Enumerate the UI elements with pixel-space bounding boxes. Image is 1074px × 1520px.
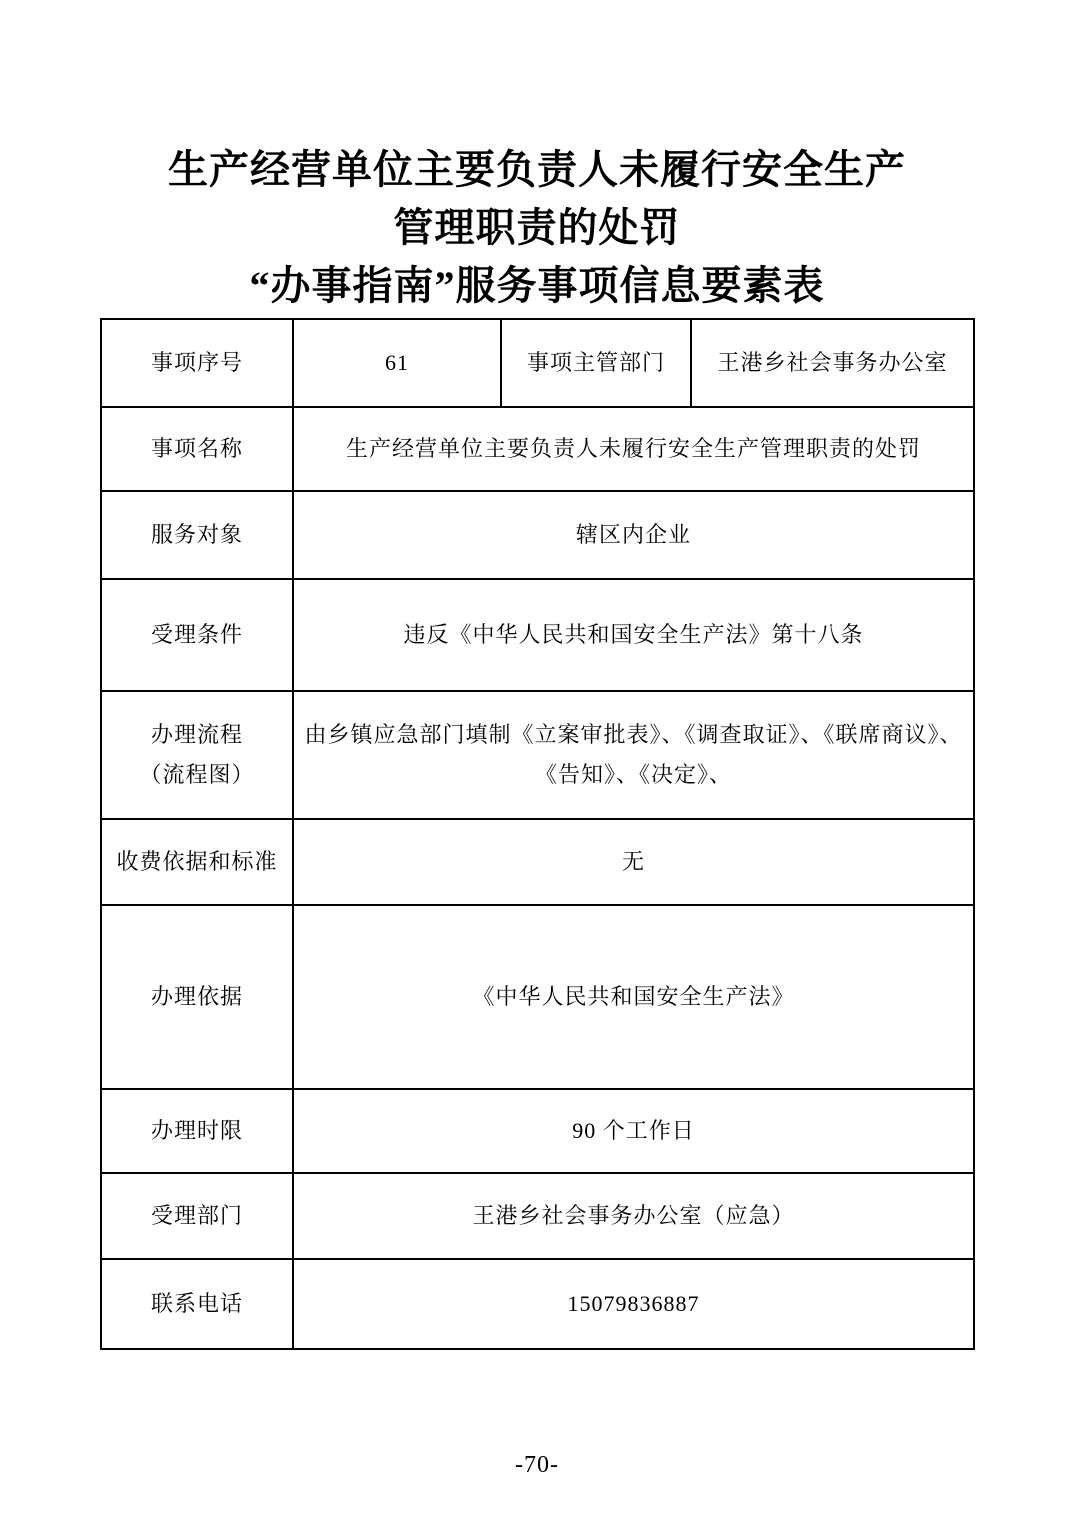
- table-row-item-name: 事项名称 生产经营单位主要负责人未履行安全生产管理职责的处罚: [101, 407, 974, 491]
- cell-label-item-name: 事项名称: [101, 407, 293, 491]
- document-page: 生产经营单位主要负责人未履行安全生产 管理职责的处罚 “办事指南”服务事项信息要…: [0, 0, 1074, 1520]
- cell-label-time-limit: 办理时限: [101, 1089, 293, 1173]
- cell-value-competent-department: 王港乡社会事务办公室: [691, 319, 974, 407]
- page-number: -70-: [0, 1452, 1074, 1479]
- cell-label-acceptance-condition: 受理条件: [101, 579, 293, 691]
- cell-value-handling-basis: 《中华人民共和国安全生产法》: [293, 905, 974, 1089]
- cell-value-item-name: 生产经营单位主要负责人未履行安全生产管理职责的处罚: [293, 407, 974, 491]
- cell-label-item-serial: 事项序号: [101, 319, 293, 407]
- cell-value-contact-phone: 15079836887: [293, 1259, 974, 1349]
- table-row-contact-phone: 联系电话 15079836887: [101, 1259, 974, 1349]
- cell-value-item-serial: 61: [293, 319, 501, 407]
- cell-value-time-limit: 90 个工作日: [293, 1089, 974, 1173]
- cell-label-fee-basis: 收费依据和标准: [101, 819, 293, 905]
- table-row-process-flow: 办理流程 （流程图） 由乡镇应急部门填制《立案审批表》、《调查取证》、《联席商议…: [101, 691, 974, 819]
- table-row-handling-basis: 办理依据 《中华人民共和国安全生产法》: [101, 905, 974, 1089]
- table-row-accepting-department: 受理部门 王港乡社会事务办公室（应急）: [101, 1173, 974, 1259]
- cell-value-acceptance-condition: 违反《中华人民共和国安全生产法》第十八条: [293, 579, 974, 691]
- cell-value-fee-basis: 无: [293, 819, 974, 905]
- table-row-time-limit: 办理时限 90 个工作日: [101, 1089, 974, 1173]
- title-line-2: 管理职责的处罚: [0, 199, 1074, 257]
- document-title: 生产经营单位主要负责人未履行安全生产 管理职责的处罚 “办事指南”服务事项信息要…: [0, 141, 1074, 315]
- title-line-3: “办事指南”服务事项信息要素表: [0, 257, 1074, 315]
- cell-label-competent-department: 事项主管部门: [501, 319, 691, 407]
- cell-label-process-flow: 办理流程 （流程图）: [101, 691, 293, 819]
- cell-value-accepting-department: 王港乡社会事务办公室（应急）: [293, 1173, 974, 1259]
- table-row-service-target: 服务对象 辖区内企业: [101, 491, 974, 579]
- cell-label-contact-phone: 联系电话: [101, 1259, 293, 1349]
- table-row-acceptance-condition: 受理条件 违反《中华人民共和国安全生产法》第十八条: [101, 579, 974, 691]
- cell-label-service-target: 服务对象: [101, 491, 293, 579]
- cell-label-handling-basis: 办理依据: [101, 905, 293, 1089]
- service-info-table: 事项序号 61 事项主管部门 王港乡社会事务办公室 事项名称 生产经营单位主要负…: [100, 318, 975, 1350]
- cell-label-accepting-department: 受理部门: [101, 1173, 293, 1259]
- table-row-serial: 事项序号 61 事项主管部门 王港乡社会事务办公室: [101, 319, 974, 407]
- title-line-1: 生产经营单位主要负责人未履行安全生产: [0, 141, 1074, 199]
- cell-value-service-target: 辖区内企业: [293, 491, 974, 579]
- table-row-fee-basis: 收费依据和标准 无: [101, 819, 974, 905]
- cell-value-process-flow: 由乡镇应急部门填制《立案审批表》、《调查取证》、《联席商议》、 《告知》、《决定…: [293, 691, 974, 819]
